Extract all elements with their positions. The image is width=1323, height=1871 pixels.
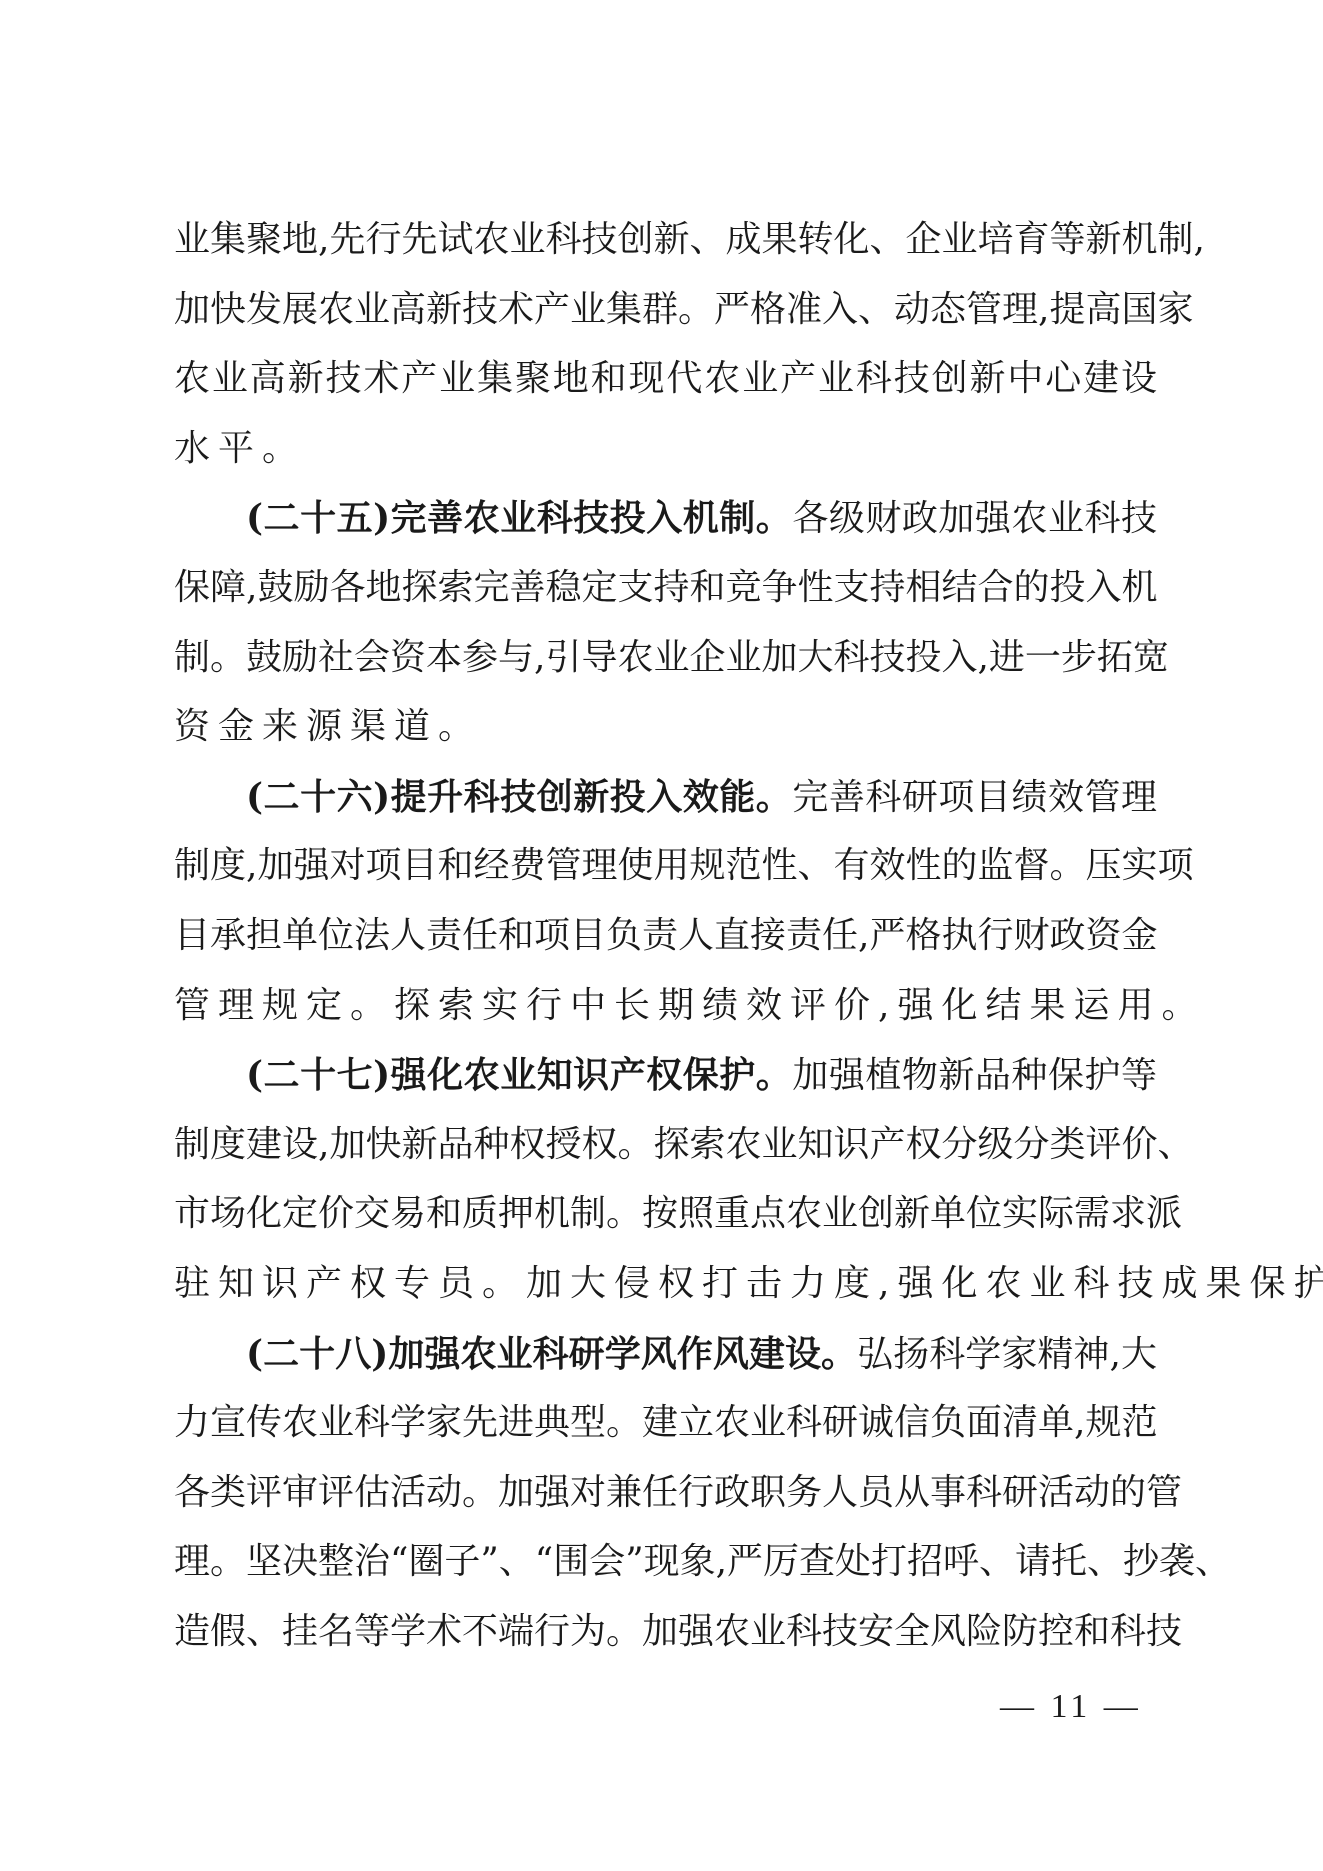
paragraph-item-27: (二十七)强化农业知识产权保护。加强植物新品种保护等 制度建设,加快新品种权授权… (174, 1053, 1157, 1331)
text-line: (二十七)强化农业知识产权保护。加强植物新品种保护等 (174, 1053, 1157, 1123)
section-heading: (二十五)完善农业科技投入机制。 (246, 497, 792, 539)
text-line: (二十六)提升科技创新投入效能。完善科研项目绩效管理 (174, 775, 1157, 845)
text-span: 加强植物新品种保护等 (792, 1055, 1157, 1096)
text-line: 制度建设,加快新品种权授权。探索农业知识产权分级分类评价、 (174, 1123, 1157, 1193)
paragraph-item-26: (二十六)提升科技创新投入效能。完善科研项目绩效管理 制度,加强对项目和经费管理… (174, 775, 1157, 1053)
text-line: 保障,鼓励各地探索完善稳定支持和竞争性支持相结合的投入机 (174, 566, 1157, 636)
text-line: 制度,加强对项目和经费管理使用规范性、有效性的监督。压实项 (174, 844, 1157, 914)
text-line: 各类评审评估活动。加强对兼任行政职务人员从事科研活动的管 (174, 1471, 1157, 1541)
paragraph-continuation: 业集聚地,先行先试农业科技创新、成果转化、企业培育等新机制, 加快发展农业高新技… (174, 218, 1157, 496)
text-line: 力宣传农业科学家先进典型。建立农业科研诚信负面清单,规范 (174, 1401, 1157, 1471)
section-heading: (二十七)强化农业知识产权保护。 (246, 1054, 792, 1096)
text-line: 农业高新技术产业集聚地和现代农业产业科技创新中心建设 (174, 357, 1157, 427)
text-line: 加快发展农业高新技术产业集群。严格准入、动态管理,提高国家 (174, 288, 1157, 358)
paragraph-item-28: (二十八)加强农业科研学风作风建设。弘扬科学家精神,大 力宣传农业科学家先进典型… (174, 1332, 1157, 1680)
text-line: (二十八)加强农业科研学风作风建设。弘扬科学家精神,大 (174, 1332, 1157, 1402)
text-span: 各级财政加强农业科技 (792, 498, 1157, 539)
text-span: 完善科研项目绩效管理 (792, 777, 1157, 818)
section-heading: (二十六)提升科技创新投入效能。 (246, 776, 792, 818)
text-line: 理。坚决整治“圈子”、“围会”现象,严厉查处打招呼、请托、抄袭、 (174, 1540, 1157, 1610)
text-line: 管理规定。探索实行中长期绩效评价,强化结果运用。 (174, 984, 1157, 1054)
text-line: 造假、挂名等学术不端行为。加强农业科技安全风险防控和科技 (174, 1610, 1157, 1680)
text-line: 资金来源渠道。 (174, 705, 1157, 775)
text-line: 市场化定价交易和质押机制。按照重点农业创新单位实际需求派 (174, 1192, 1157, 1262)
text-line: 水平。 (174, 427, 1157, 497)
text-line: 业集聚地,先行先试农业科技创新、成果转化、企业培育等新机制, (174, 218, 1157, 288)
document-page: 业集聚地,先行先试农业科技创新、成果转化、企业培育等新机制, 加快发展农业高新技… (174, 218, 1157, 1679)
section-heading: (二十八)加强农业科研学风作风建设。 (246, 1333, 857, 1375)
page-number: — 11 — (1000, 1688, 1142, 1726)
text-span: 弘扬科学家精神,大 (857, 1334, 1157, 1375)
text-line: 制。鼓励社会资本参与,引导农业企业加大科技投入,进一步拓宽 (174, 636, 1157, 706)
text-line: 驻知识产权专员。加大侵权打击力度,强化农业科技成果保护。 (174, 1262, 1157, 1332)
text-line: (二十五)完善农业科技投入机制。各级财政加强农业科技 (174, 496, 1157, 566)
paragraph-item-25: (二十五)完善农业科技投入机制。各级财政加强农业科技 保障,鼓励各地探索完善稳定… (174, 496, 1157, 774)
text-line: 目承担单位法人责任和项目负责人直接责任,严格执行财政资金 (174, 914, 1157, 984)
